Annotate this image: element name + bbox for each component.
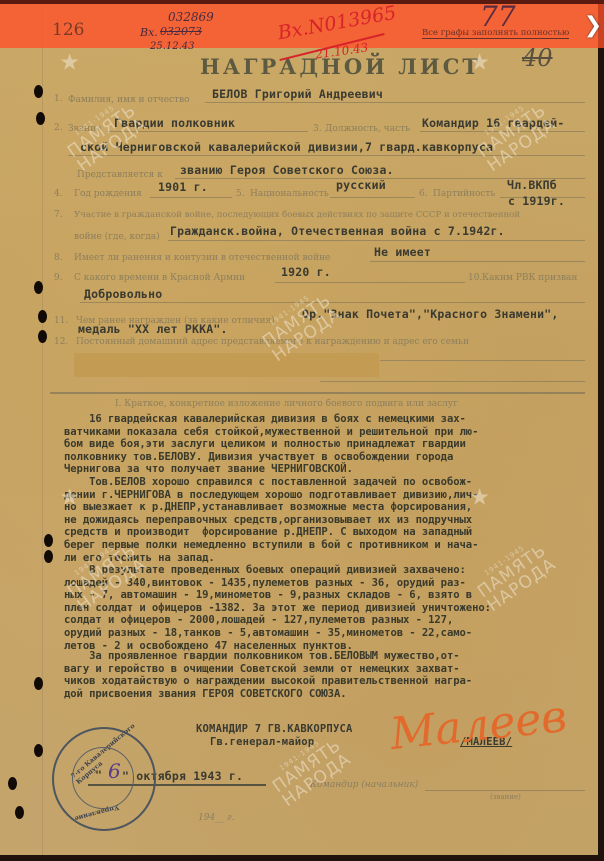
punch-hole bbox=[38, 310, 47, 323]
field-12-number: 12. bbox=[54, 337, 68, 347]
blank-year: 194__ г. bbox=[198, 813, 234, 823]
field-9-value: 1920 г. bbox=[281, 265, 331, 279]
section-heading: I. Краткое, конкретное изложение личного… bbox=[115, 399, 458, 409]
section-divider bbox=[50, 392, 585, 394]
sheet-number: 126 bbox=[52, 20, 84, 40]
field-9-number: 9. bbox=[54, 273, 63, 283]
top-edge bbox=[0, 0, 604, 4]
field-8-label: Имеет ли ранения и контузии в отечествен… bbox=[74, 253, 330, 263]
field-4-value: 1901 г. bbox=[158, 180, 208, 194]
field-10-label: Каким РВК призван bbox=[482, 273, 577, 283]
field-6-label: Партийность bbox=[433, 189, 495, 199]
margin-line bbox=[42, 0, 43, 855]
field-7-line bbox=[168, 240, 585, 241]
field-4-label: Год рождения bbox=[74, 189, 142, 199]
field-8-number: 8. bbox=[54, 253, 63, 263]
field-7-label-line2: войне (где, когда) bbox=[74, 232, 160, 242]
field-3-number: 3. bbox=[313, 124, 322, 134]
field-5-line bbox=[330, 197, 415, 198]
signoff-position-line1: КОМАНДИР 7 ГВ.КАВКОРПУСА bbox=[196, 723, 353, 735]
field-7-value: Гражданск.война, Отечественная война с 7… bbox=[170, 224, 505, 238]
punch-hole bbox=[8, 777, 17, 790]
stamp-text-top: 7-го Кавалерийского Корпуса bbox=[69, 716, 148, 786]
watermark-star-icon: ★ bbox=[470, 475, 489, 513]
presented-label: Представляется к bbox=[77, 170, 163, 180]
award-sheet-page: ★ 1941-1945ПАМЯТЬНАРОДА ★ 1941-1945ПАМЯТ… bbox=[0, 0, 598, 855]
chevron-right-icon: ❯ bbox=[584, 13, 602, 38]
field-7-number: 7. bbox=[54, 210, 63, 220]
punch-hole bbox=[44, 550, 53, 563]
field-10-line bbox=[80, 302, 585, 303]
field-12-line2 bbox=[320, 381, 585, 382]
field-2-label: Звание bbox=[68, 124, 101, 134]
field-3-value-line2: ской Черниговской кавалерийской дивизии,… bbox=[80, 140, 493, 154]
punch-hole bbox=[15, 806, 24, 819]
field-1-number: 1. bbox=[54, 94, 63, 104]
field-4-number: 4. bbox=[54, 189, 63, 199]
field-3-line2 bbox=[68, 155, 585, 156]
field-5-number: 5. bbox=[236, 189, 245, 199]
incoming-number-new: 032869 bbox=[168, 10, 214, 24]
right-edge bbox=[598, 0, 604, 861]
rank-label: (звание) bbox=[490, 793, 521, 801]
next-page-button[interactable]: ❯ bbox=[584, 14, 602, 36]
field-11-number: 11. bbox=[54, 316, 68, 326]
field-3-label: Должность, часть bbox=[325, 124, 410, 134]
merit-paragraph-2: Тов.БЕЛОВ хорошо справился с поставленно… bbox=[64, 476, 584, 564]
bottom-edge bbox=[0, 855, 604, 861]
field-6-value-line2: с 1919г. bbox=[508, 194, 565, 208]
watermark: 1941-1945ПАМЯТЬНАРОДА bbox=[60, 95, 149, 176]
punch-hole bbox=[34, 744, 43, 757]
field-12-label: Постоянный домашний адрес представляемог… bbox=[76, 337, 469, 347]
merit-paragraph-1: 16 гвардейская кавалерийская дивизия в б… bbox=[64, 413, 584, 476]
field-2-line bbox=[108, 131, 308, 132]
field-9-line bbox=[275, 282, 465, 283]
field-5-label: Национальность bbox=[250, 189, 329, 199]
presented-value: званию Героя Советского Союза. bbox=[180, 163, 394, 177]
field-1-label: Фамилия, имя и отчество bbox=[68, 95, 190, 105]
archive-page-old: 40 bbox=[522, 44, 553, 72]
punch-hole bbox=[34, 85, 43, 98]
punch-hole bbox=[34, 677, 43, 690]
merit-paragraph-3: В результате проведенных боевых операций… bbox=[64, 564, 584, 652]
field-1-line bbox=[205, 102, 585, 103]
official-stamp: 7-го Кавалерийского Корпуса Управление bbox=[52, 727, 156, 831]
punch-hole bbox=[44, 534, 53, 547]
commander-line bbox=[425, 790, 585, 791]
field-8-line bbox=[370, 261, 585, 262]
field-12-line bbox=[380, 360, 585, 361]
field-2-number: 2. bbox=[54, 123, 63, 133]
watermark-star-icon: ★ bbox=[60, 475, 79, 513]
signoff-position-line2: Гв.генерал-майор bbox=[210, 736, 314, 748]
instruction-text: Все графы заполнять полностью bbox=[422, 28, 569, 39]
field-10-number: 10. bbox=[468, 273, 482, 283]
field-1-value: БЕЛОВ Григорий Андреевич bbox=[212, 87, 383, 101]
punch-hole bbox=[38, 330, 47, 343]
incoming-prefix: Вх. bbox=[140, 26, 158, 39]
field-6-value-line1: Чл.ВКПб bbox=[507, 178, 557, 192]
field-2-value: Гвардии полковник bbox=[114, 116, 235, 130]
field-11-value-line2: медаль "XX лет РККА". bbox=[78, 322, 228, 336]
field-6-number: 6. bbox=[419, 189, 428, 199]
field-4-line bbox=[150, 197, 232, 198]
incoming-number-struck: 032073 bbox=[160, 25, 202, 38]
field-3-line bbox=[420, 131, 585, 132]
field-10-value: Добровольно bbox=[84, 287, 162, 301]
punch-hole bbox=[34, 281, 43, 294]
merit-paragraph-4: За проявленное гвардии полковником тов.Б… bbox=[64, 650, 584, 700]
field-7-label-line1: Участие в гражданской войне, последующих… bbox=[74, 210, 520, 220]
redacted-address-block bbox=[74, 353, 379, 377]
incoming-date: 25.12.43 bbox=[150, 41, 195, 52]
field-9-label: С какого времени в Красной Армии bbox=[74, 273, 245, 283]
handwritten-signature: Малеев bbox=[388, 691, 569, 760]
punch-hole bbox=[36, 112, 45, 125]
commander-label: Командир (начальник) bbox=[310, 780, 418, 790]
stamp-text-bottom: Управление bbox=[74, 803, 120, 823]
field-3-value-line1: Командир 16 гвардей- bbox=[422, 116, 564, 130]
watermark: 1941-1945ПАМЯТЬНАРОДА bbox=[470, 95, 559, 176]
field-11-value-line1: Ор."Знак Почета","Красного Знамени", bbox=[302, 307, 558, 321]
field-5-value: русский bbox=[336, 178, 386, 192]
field-8-value: Не имеет bbox=[374, 245, 431, 259]
